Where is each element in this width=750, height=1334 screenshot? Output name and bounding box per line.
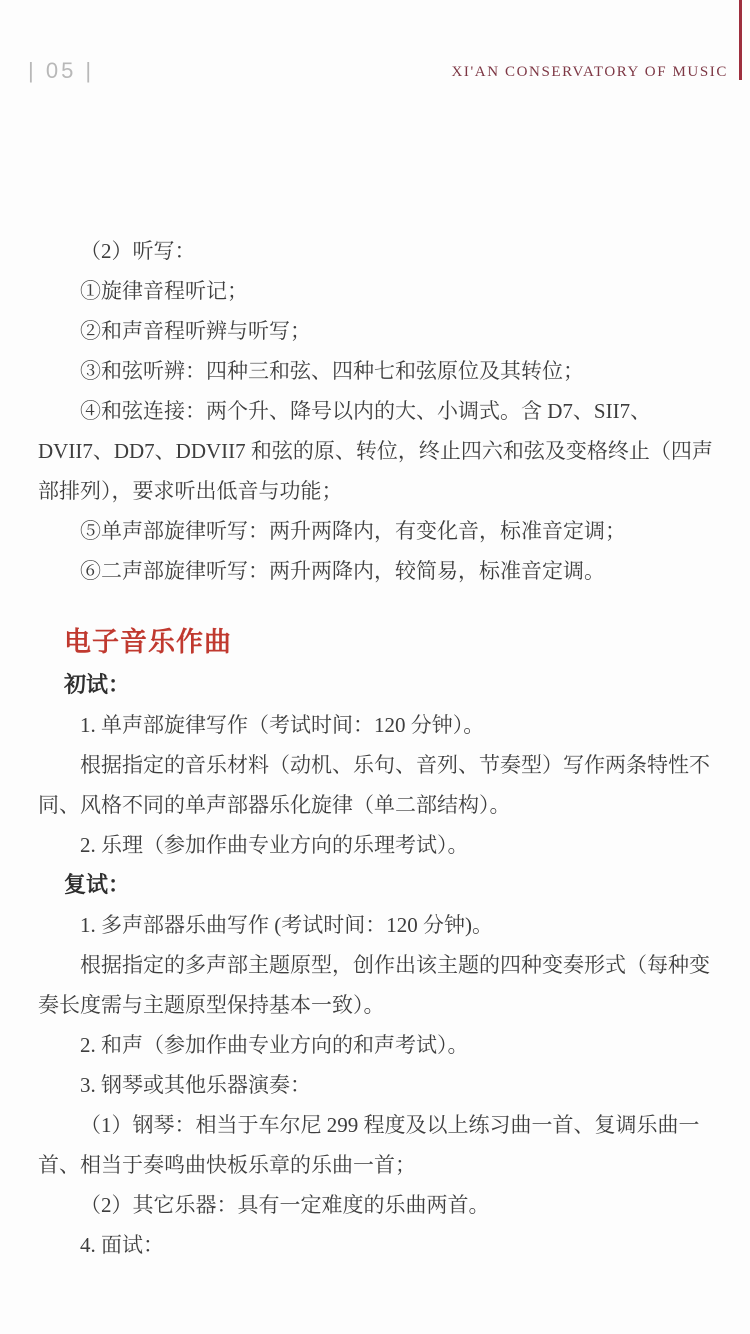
- second-round-item-3: 3. 钢琴或其他乐器演奏：: [38, 1065, 714, 1105]
- dictation-item-2: ②和声音程听辨与听写；: [38, 311, 714, 351]
- dictation-item-1: ①旋律音程听记；: [38, 271, 714, 311]
- second-round-label: 复试：: [38, 865, 714, 905]
- second-round-item-3-other-instruments: （2）其它乐器：具有一定难度的乐曲两首。: [38, 1185, 714, 1225]
- conservatory-name: XI'AN CONSERVATORY OF MUSIC: [451, 64, 728, 81]
- second-round-item-1-detail: 根据指定的多声部主题原型，创作出该主题的四种变奏形式（每种变奏长度需与主题原型保…: [38, 945, 714, 1025]
- header-accent-bar: [739, 0, 742, 80]
- first-round-item-1-detail: 根据指定的音乐材料（动机、乐句、音列、节奏型）写作两条特性不同、风格不同的单声部…: [38, 745, 714, 825]
- second-round-item-4: 4. 面试：: [38, 1225, 714, 1265]
- program-title-electronic-music-composition: 电子音乐作曲: [38, 624, 714, 660]
- dictation-section-label: （2）听写：: [38, 231, 714, 271]
- dictation-item-6: ⑥二声部旋律听写：两升两降内，较简易，标准音定调。: [38, 551, 714, 591]
- first-round-item-1: 1. 单声部旋律写作（考试时间：120 分钟）。: [38, 705, 714, 745]
- document-page: | 05 | XI'AN CONSERVATORY OF MUSIC （2）听写…: [0, 0, 750, 1334]
- document-body: （2）听写： ①旋律音程听记； ②和声音程听辨与听写； ③和弦听辨：四种三和弦、…: [38, 231, 714, 1265]
- second-round-item-2: 2. 和声（参加作曲专业方向的和声考试）。: [38, 1025, 714, 1065]
- dictation-item-5: ⑤单声部旋律听写：两升两降内，有变化音，标准音定调；: [38, 511, 714, 551]
- second-round-item-3-piano: （1）钢琴：相当于车尔尼 299 程度及以上练习曲一首、复调乐曲一首、相当于奏鸣…: [38, 1105, 714, 1185]
- dictation-item-3: ③和弦听辨：四种三和弦、四种七和弦原位及其转位；: [38, 351, 714, 391]
- dictation-item-4: ④和弦连接：两个升、降号以内的大、小调式。含 D7、SII7、DVII7、DD7…: [38, 391, 714, 511]
- page-number: | 05 |: [28, 58, 94, 84]
- first-round-label: 初试：: [38, 665, 714, 705]
- second-round-item-1: 1. 多声部器乐曲写作 (考试时间：120 分钟)。: [38, 905, 714, 945]
- first-round-item-2: 2. 乐理（参加作曲专业方向的乐理考试）。: [38, 825, 714, 865]
